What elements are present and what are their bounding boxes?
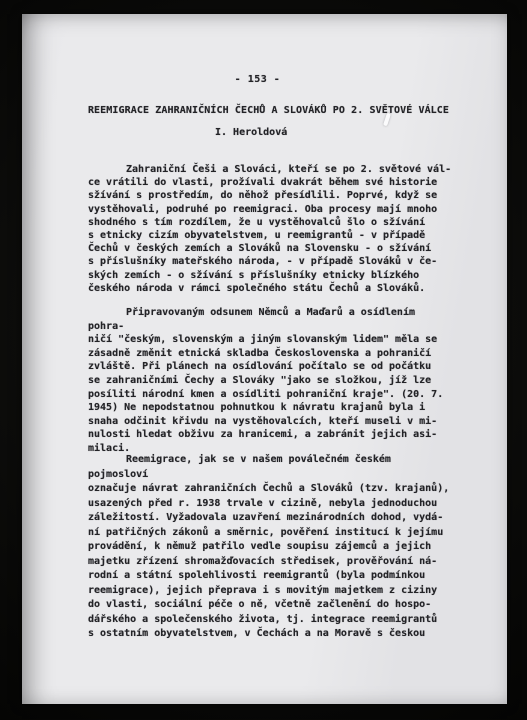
author-name: I. Heroldová <box>215 127 287 139</box>
document-page: - 153 - REEMIGRACE ZAHRANIČNÍCH ČECHŮ A … <box>22 14 507 704</box>
page-number: - 153 - <box>77 74 438 86</box>
paragraph-1: Zahraniční Češi a Slováci, kteří se po 2… <box>88 163 454 295</box>
paragraph-2: Připravovaným odsunem Němců a Maďarů a o… <box>88 306 454 456</box>
article-title: REEMIGRACE ZAHRANIČNÍCH ČECHŮ A SLOVÁKŮ … <box>78 104 459 117</box>
scan-backdrop: - 153 - REEMIGRACE ZAHRANIČNÍCH ČECHŮ A … <box>0 0 527 720</box>
paragraph-3: Reemigrace, jak se v našem poválečném če… <box>88 453 454 642</box>
